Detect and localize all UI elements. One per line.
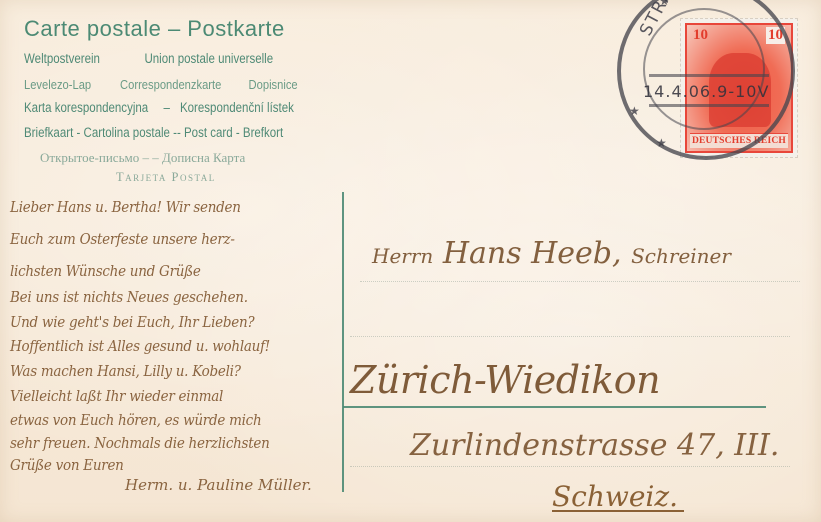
recipient-country: Schweiz. xyxy=(552,480,678,513)
recipient-name-line: Herrn Hans Heeb, Schreiner xyxy=(372,236,731,271)
signature: Herm. u. Pauline Müller. xyxy=(125,476,312,494)
language-row-2: Levelezo-Lap Correspondenzkarte Dopisnic… xyxy=(24,77,298,92)
label-levelezo-lap: Levelezo-Lap xyxy=(24,77,91,92)
label-karta-korespondencyjna: Karta korespondencyjna xyxy=(24,100,148,115)
country-underline xyxy=(552,510,684,512)
recipient-country-text: Schweiz. xyxy=(552,480,678,513)
postcard-title: Carte postale – Postkarte xyxy=(24,16,285,42)
recipient-street: Zurlindenstrasse 47, III. xyxy=(410,428,779,463)
salutation: Herrn xyxy=(372,244,433,268)
label-union-postale: Union postale universelle xyxy=(144,51,273,66)
star-icon: ★ xyxy=(629,104,640,118)
label-cyrillic: Открытое-письмо – – Дописна Карта xyxy=(40,150,245,166)
address-line-2 xyxy=(350,336,790,337)
language-row-1: Weltpostverein Union postale universelle xyxy=(24,51,273,66)
message-line: Grüße von Euren xyxy=(10,456,124,474)
stamp-caption: DEUTSCHES REICH xyxy=(690,133,788,148)
language-row-5-cyrillic: Открытое-письмо – – Дописна Карта xyxy=(40,150,245,166)
address-line-1 xyxy=(360,281,800,282)
recipient-city: Zürich-Wiedikon xyxy=(350,358,660,402)
germania-figure-icon xyxy=(709,53,771,127)
postage-stamp: 10 10 DEUTSCHES REICH xyxy=(680,18,798,158)
recipient-name: Hans Heeb, xyxy=(443,236,622,271)
label-korespondencni-listek: Korespondenční lístek xyxy=(180,100,294,115)
address-line-3 xyxy=(343,406,766,408)
message-line: Euch zum Osterfeste unsere herz- xyxy=(10,230,235,248)
star-icon: ★ xyxy=(656,136,667,150)
label-weltpostverein: Weltpostverein xyxy=(24,51,100,66)
language-row-4: Briefkaart - Cartolina postale -- Post c… xyxy=(24,125,283,140)
message-line: Lieber Hans u. Bertha! Wir senden xyxy=(10,198,241,216)
language-row-3: Karta korespondencyjna – Korespondenční … xyxy=(24,100,294,115)
message-line: Vielleicht laßt Ihr wieder einmal xyxy=(10,387,223,405)
stamp-frame: 10 10 DEUTSCHES REICH xyxy=(685,23,793,153)
recipient-occupation: Schreiner xyxy=(631,244,731,268)
label-dopisnice: Dopisnice xyxy=(249,77,298,92)
star-icon: ★ xyxy=(659,0,670,8)
message-line: sehr freuen. Nochmals die herzlichsten xyxy=(10,434,270,452)
stamp-value: 10 xyxy=(766,27,785,44)
address-line-4 xyxy=(350,466,790,467)
message-line: lichsten Wünsche und Grüße xyxy=(10,262,201,280)
stamp-value-left: 10 xyxy=(693,27,708,44)
postcard: Carte postale – Postkarte Weltpostverein… xyxy=(0,0,821,522)
message-line: etwas von Euch hören, es würde mich xyxy=(10,411,261,429)
message-line: Bei uns ist nichts Neues geschehen. xyxy=(10,288,248,306)
message-line: Hoffentlich ist Alles gesund u. wohlauf! xyxy=(10,337,270,355)
label-multilingual-postcard: Briefkaart - Cartolina postale -- Post c… xyxy=(24,125,283,140)
message-address-divider xyxy=(342,192,344,492)
separator-dash: – xyxy=(163,100,169,115)
label-tarjeta-postal: Tarjeta Postal xyxy=(116,170,216,185)
message-line: Was machen Hansi, Lilly u. Kobeli? xyxy=(10,362,241,380)
label-correspondenzkarte: Correspondenzkarte xyxy=(120,77,221,92)
message-line: Und wie geht's bei Euch, Ihr Lieben? xyxy=(10,313,254,331)
